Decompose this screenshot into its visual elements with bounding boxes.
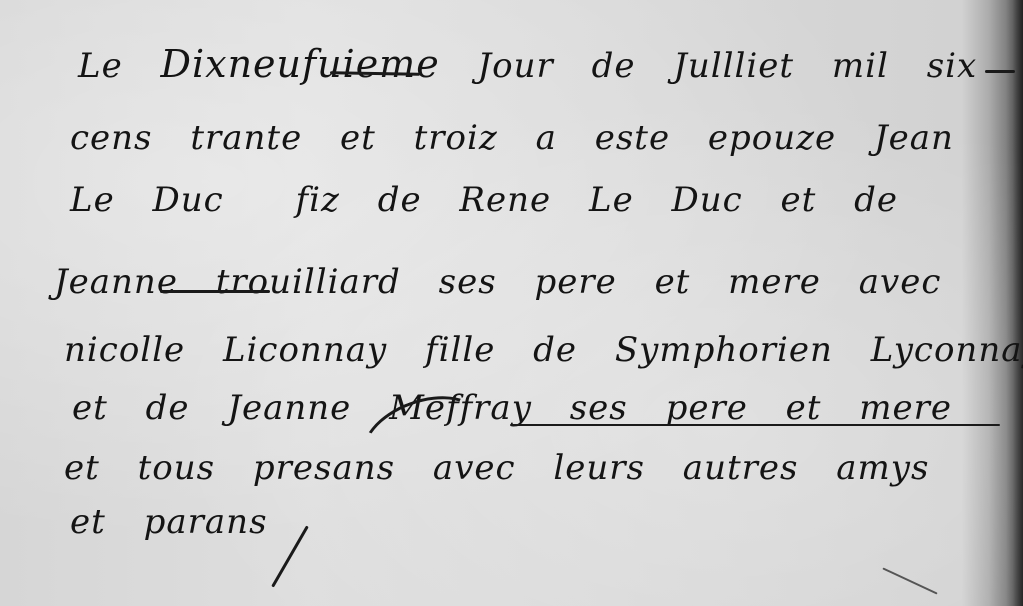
word: pere (534, 262, 616, 302)
word: six (927, 46, 978, 86)
word: pere (666, 388, 748, 428)
manuscript-line-6: et de Jeanne Meffray ses pere et mere (72, 388, 978, 428)
manuscript-line-8: et parans (70, 502, 294, 542)
manuscript-line-7: et tous presans avec leurs autres amys (64, 448, 955, 488)
word: Symphorien (615, 330, 833, 370)
word: tous (138, 448, 215, 488)
word: et (786, 388, 822, 428)
word: fiz (296, 180, 340, 220)
word: ses (570, 388, 628, 428)
manuscript-line-4: Jeanne trouilliard ses pere et mere avec (54, 262, 967, 302)
word: Rene (459, 180, 551, 220)
word: Lyconnay (871, 330, 1023, 370)
word: epouze (708, 118, 836, 158)
word: leurs (553, 448, 645, 488)
word: Le (589, 180, 634, 220)
word: et (655, 262, 691, 302)
word: Liconnay (223, 330, 387, 370)
word: et (72, 388, 108, 428)
word: este (595, 118, 670, 158)
manuscript-page: Le Dixneufuieme Jour de Jullliet mil six… (0, 0, 1023, 606)
word: amys (836, 448, 929, 488)
word: et (340, 118, 376, 158)
word: Dixneufuieme (161, 42, 440, 86)
word: Jean (874, 118, 954, 158)
word: fille (425, 330, 495, 370)
word: cens (70, 118, 153, 158)
word: Jeanne (54, 262, 178, 302)
word: et (781, 180, 817, 220)
word: trante (190, 118, 302, 158)
word: de (146, 388, 190, 428)
word: Duc (672, 180, 743, 220)
manuscript-line-1: Le Dixneufuieme Jour de Jullliet mil six (78, 42, 1003, 86)
word: de (854, 180, 898, 220)
pen-stroke (160, 290, 270, 293)
word: nicolle (64, 330, 185, 370)
pen-stroke (882, 567, 937, 594)
manuscript-line-5: nicolle Liconnay fille de Symphorien Lyc… (64, 330, 1023, 370)
word: Jour (478, 46, 554, 86)
word: parans (144, 502, 268, 542)
word: trouilliard (216, 262, 401, 302)
word: de (533, 330, 577, 370)
word: autres (683, 448, 799, 488)
word: Jullliet (673, 46, 794, 86)
word: de (378, 180, 422, 220)
pen-stroke (985, 70, 1015, 73)
word: Jeanne (227, 388, 351, 428)
manuscript-line-3: Le Duc fiz de Rene Le Duc et de (70, 180, 924, 220)
word: Le (70, 180, 115, 220)
word: mere (728, 262, 821, 302)
page-binding-edge (989, 0, 1023, 606)
word: de (592, 46, 636, 86)
word: a (536, 118, 557, 158)
word: ses (439, 262, 497, 302)
word: troiz (414, 118, 498, 158)
word: Duc (153, 180, 224, 220)
word: mere (859, 388, 952, 428)
word: avec (859, 262, 942, 302)
word: Le (78, 46, 123, 86)
word: mil (832, 46, 889, 86)
word: et (64, 448, 100, 488)
word: et (70, 502, 106, 542)
manuscript-line-2: cens trante et troiz a este epouze Jean (70, 118, 980, 158)
pen-stroke (510, 424, 1000, 426)
